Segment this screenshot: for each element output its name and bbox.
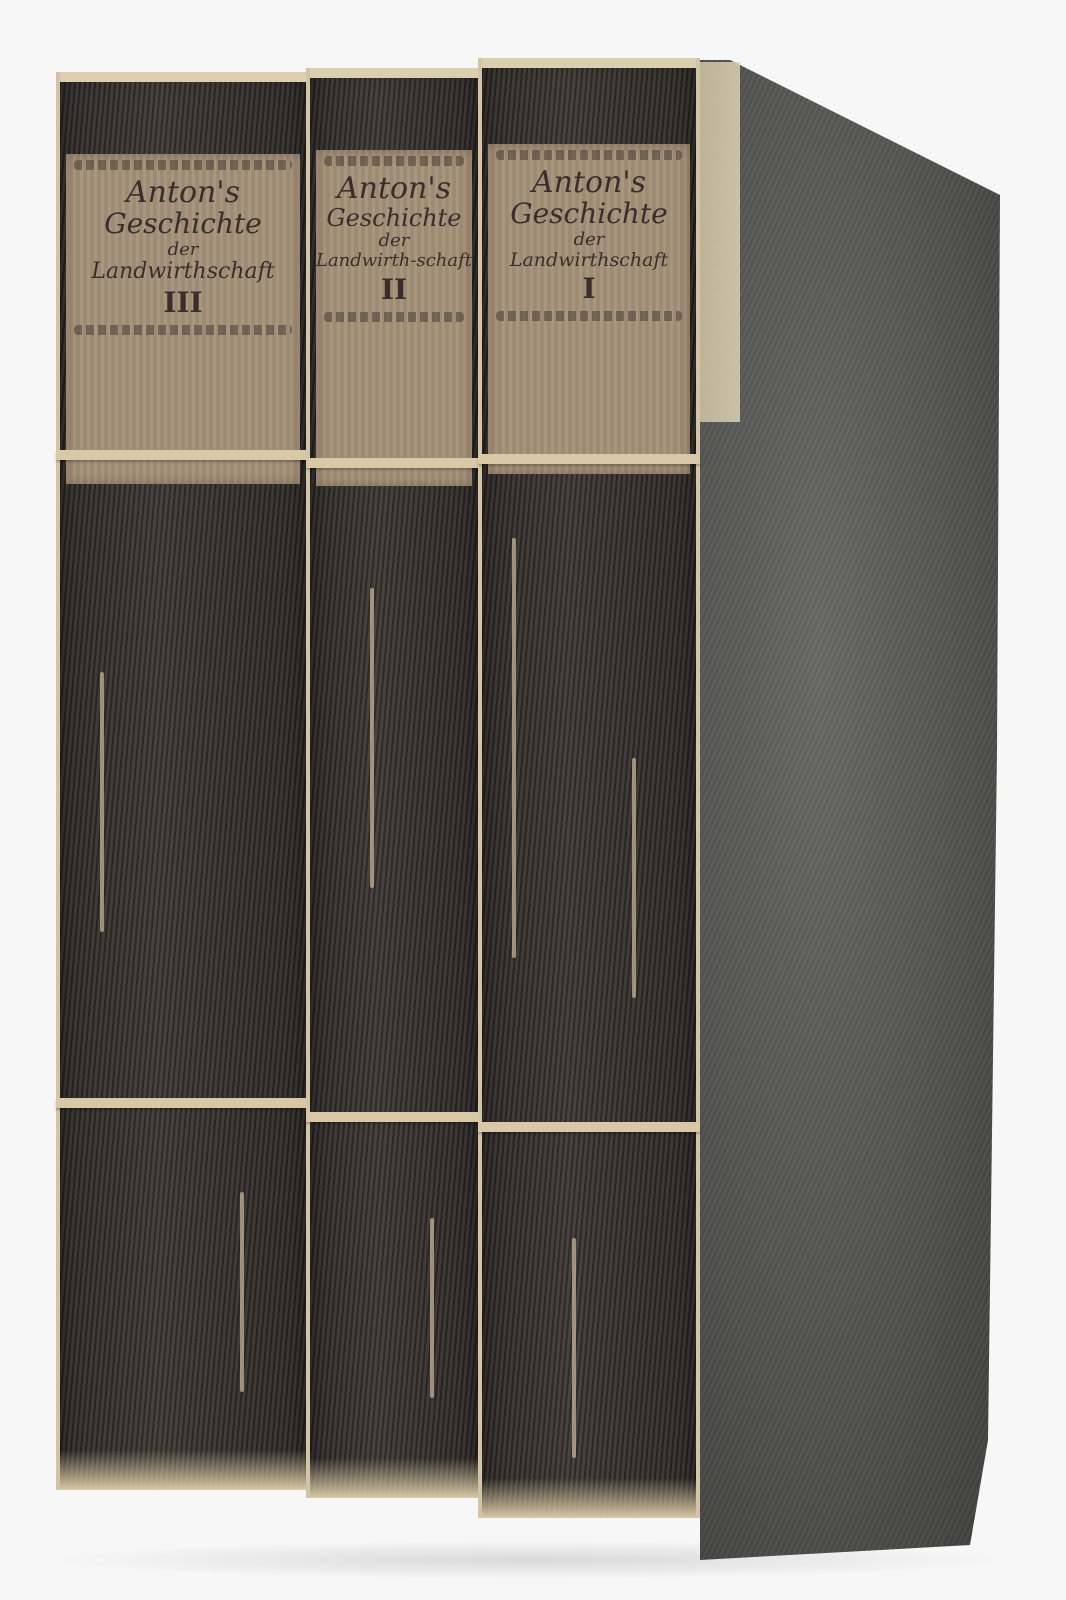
label-title: Geschichte <box>66 209 300 240</box>
book-spine-volume-1: Anton's Geschichte der Landwirthschaft I <box>478 58 700 1518</box>
label-title-subject: Landwirth-schaft <box>316 251 472 271</box>
label-volume-number: II <box>316 275 472 306</box>
label-author: Anton's <box>488 166 690 199</box>
leather-crack <box>632 758 636 998</box>
label-title-subject: Landwirthschaft <box>66 260 300 284</box>
label-ornament <box>496 311 682 321</box>
label-ornament <box>496 150 682 160</box>
cover-edge-paper <box>700 62 740 422</box>
label-ornament <box>324 156 464 166</box>
spine-label: Anton's Geschichte der Landwirth-schaft … <box>316 150 472 486</box>
leather-crack <box>100 672 104 932</box>
label-author: Anton's <box>66 176 300 209</box>
label-title-connector: der <box>66 240 300 260</box>
spine-top-cap <box>60 72 306 82</box>
label-ornament <box>324 312 464 322</box>
spine-bottom-wear <box>60 1450 306 1490</box>
label-ornament <box>74 325 292 335</box>
front-cover-volume-1 <box>700 60 1000 1560</box>
label-volume-number: I <box>488 274 690 305</box>
spine-top-cap <box>310 68 478 78</box>
spine-bottom-wear <box>482 1478 696 1518</box>
spine-band <box>56 450 310 460</box>
spine-band <box>306 458 482 468</box>
spine-bottom-wear <box>310 1458 478 1498</box>
leather-crack <box>430 1218 434 1398</box>
leather-crack <box>512 538 516 958</box>
spine-band <box>478 454 700 464</box>
label-title: Geschichte <box>316 205 472 231</box>
label-author: Anton's <box>316 172 472 205</box>
label-volume-number: III <box>66 288 300 319</box>
label-title-connector: der <box>316 231 472 251</box>
label-ornament <box>74 160 292 170</box>
leather-crack <box>572 1238 576 1458</box>
leather-crack <box>240 1192 244 1392</box>
book-spine-volume-2: Anton's Geschichte der Landwirth-schaft … <box>306 68 482 1498</box>
leather-crack <box>370 588 374 888</box>
label-title-subject: Landwirthschaft <box>488 250 690 271</box>
photo-scene: Anton's Geschichte der Landwirthschaft I… <box>0 0 1066 1600</box>
spine-band <box>306 1112 482 1122</box>
spine-top-cap <box>482 58 696 68</box>
book-spine-volume-3: Anton's Geschichte der Landwirthschaft I… <box>56 72 310 1490</box>
spine-band <box>478 1122 700 1132</box>
label-title-connector: der <box>488 230 690 250</box>
label-title: Geschichte <box>488 199 690 230</box>
spine-band <box>56 1098 310 1108</box>
spine-label: Anton's Geschichte der Landwirthschaft I… <box>66 154 300 484</box>
spine-label: Anton's Geschichte der Landwirthschaft I <box>488 144 690 474</box>
